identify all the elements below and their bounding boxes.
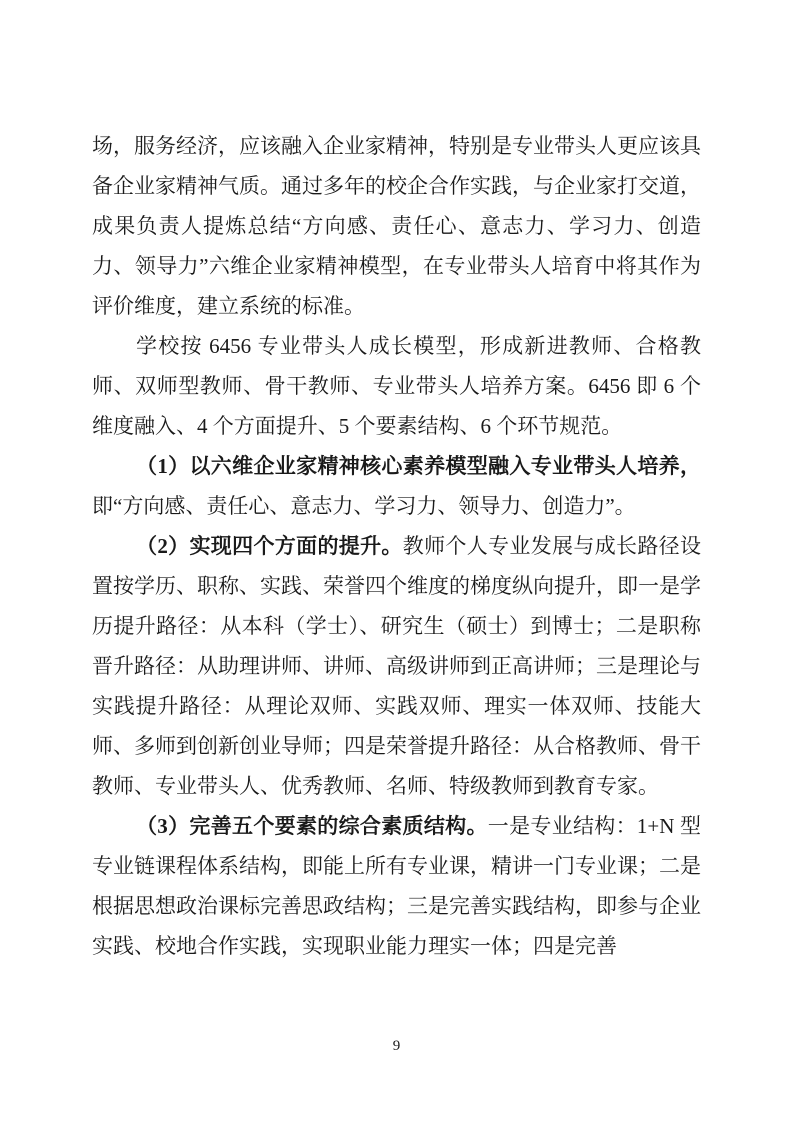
- paragraph-lead-emphasis: （3）完善五个要素的综合素质结构。: [136, 814, 488, 838]
- paragraph-text: 即“方向感、责任心、意志力、学习力、领导力、创造力”。: [92, 494, 636, 518]
- paragraph: （1）以六维企业家精神核心素养模型融入专业带头人培养，即“方向感、责任心、意志力…: [92, 446, 701, 526]
- paragraph-text: 场，服务经济，应该融入企业家精神，特别是专业带头人更应该具备企业家精神气质。通过…: [92, 134, 701, 318]
- page-number: 9: [393, 1038, 401, 1054]
- page-footer: 9: [0, 1036, 793, 1056]
- paragraph-text: 教师个人专业发展与成长路径设置按学历、职称、实践、荣誉四个维度的梯度纵向提升，即…: [92, 534, 701, 798]
- paragraph-lead-emphasis: （1）以六维企业家精神核心素养模型融入专业带头人培养，: [136, 454, 701, 478]
- paragraph: （3）完善五个要素的综合素质结构。一是专业结构：1+N 型专业链课程体系结构，即…: [92, 806, 701, 966]
- paragraph-text: 学校按 6456 专业带头人成长模型，形成新进教师、合格教师、双师型教师、骨干教…: [92, 334, 701, 438]
- document-body: 场，服务经济，应该融入企业家精神，特别是专业带头人更应该具备企业家精神气质。通过…: [92, 126, 701, 966]
- document-page: 场，服务经济，应该融入企业家精神，特别是专业带头人更应该具备企业家精神气质。通过…: [0, 0, 793, 1122]
- paragraph: 场，服务经济，应该融入企业家精神，特别是专业带头人更应该具备企业家精神气质。通过…: [92, 126, 701, 326]
- paragraph-lead-emphasis: （2）实现四个方面的提升。: [136, 534, 403, 558]
- paragraph: 学校按 6456 专业带头人成长模型，形成新进教师、合格教师、双师型教师、骨干教…: [92, 326, 701, 446]
- paragraph: （2）实现四个方面的提升。教师个人专业发展与成长路径设置按学历、职称、实践、荣誉…: [92, 526, 701, 806]
